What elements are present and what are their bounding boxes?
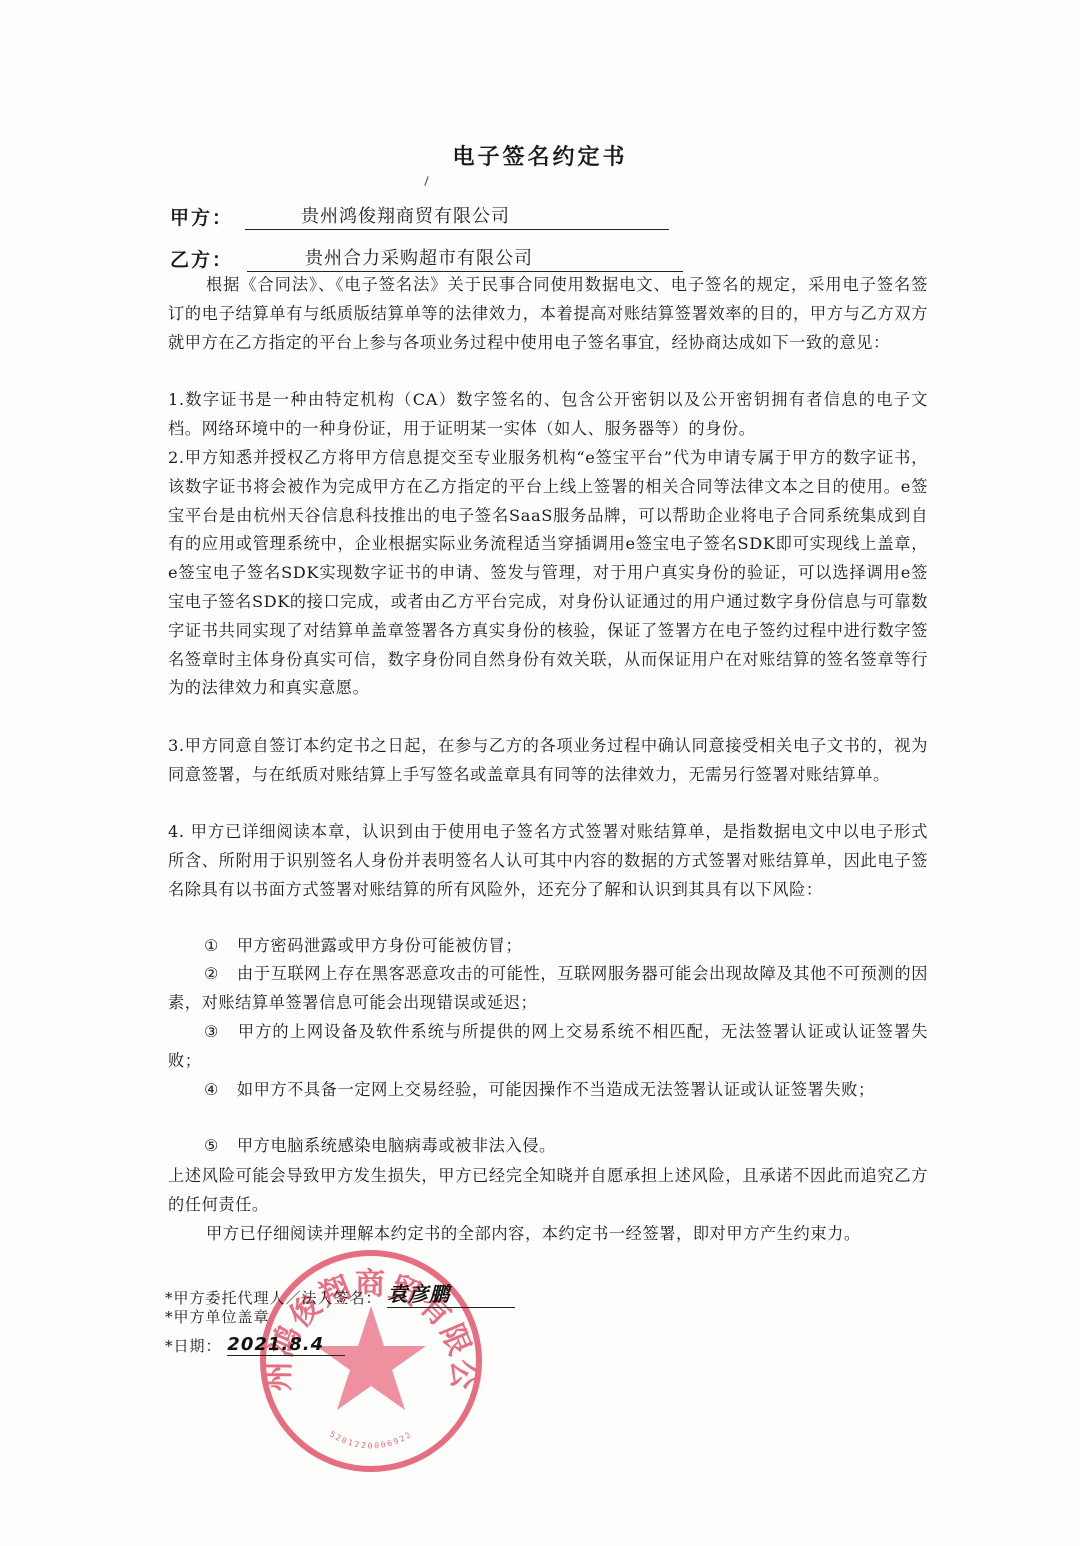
risk-text: 甲方密码泄露或甲方身份可能被仿冒；	[237, 936, 522, 955]
risk-item-3: ③ 甲方的上网设备及软件系统与所提供的网上交易系统不相匹配，无法签署认证或认证签…	[168, 1018, 928, 1076]
preamble-paragraph: 根据《合同法》、《电子签名法》关于民事合同使用数据电文、电子签名的规定，采用电子…	[168, 271, 928, 357]
seal-label: *甲方单位盖章	[165, 1308, 270, 1326]
document-title: 电子签名约定书	[0, 140, 1080, 171]
seal-row: *甲方单位盖章	[165, 1306, 270, 1327]
handwritten-date: 2021.8.4	[227, 1334, 324, 1355]
risk-conclusion: 上述风险可能会导致甲方发生损失，甲方已经完全知晓并自愿承担上述风险，且承诺不因此…	[168, 1162, 928, 1220]
signer-label: *甲方委托代理人／法人签名：	[165, 1289, 382, 1307]
party-b-row: 乙方： 贵州合力采购超市有限公司	[170, 245, 683, 272]
party-a-row: 甲方： 贵州鸿俊翔商贸有限公司	[170, 203, 669, 230]
risk-text: 甲方的上网设备及软件系统与所提供的网上交易系统不相匹配，无法签署认证或认证签署失…	[168, 1022, 928, 1070]
closing-statement: 甲方已仔细阅读并理解本约定书的全部内容，本约定书一经签署，即对甲方产生约束力。	[168, 1220, 928, 1249]
contract-page: 电子签名约定书 甲方： 贵州鸿俊翔商贸有限公司 乙方： 贵州合力采购超市有限公司…	[0, 0, 1080, 1546]
clause-2: 2.甲方知悉并授权乙方将甲方信息提交至专业服务机构“e签宝平台”代为申请专属于甲…	[168, 444, 928, 703]
date-label: *日期：	[165, 1337, 222, 1355]
risk-marker: ②	[204, 964, 219, 983]
risk-text: 如甲方不具备一定网上交易经验，可能因操作不当造成无法签署认证或认证签署失败；	[237, 1080, 875, 1099]
party-b-name: 贵州合力采购超市有限公司	[247, 247, 683, 272]
risk-item-4: ④ 如甲方不具备一定网上交易经验，可能因操作不当造成无法签署认证或认证签署失败；	[168, 1076, 928, 1105]
risk-marker: ①	[204, 936, 219, 955]
party-a-name: 贵州鸿俊翔商贸有限公司	[245, 205, 669, 230]
signer-row: *甲方委托代理人／法人签名： 袁彦鹏	[165, 1278, 515, 1308]
pen-mark	[424, 176, 428, 186]
risk-text: 由于互联网上存在黑客恶意攻击的可能性，互联网服务器可能会出现故障及其他不可预测的…	[168, 964, 928, 1012]
clause-3: 3.甲方同意自签订本约定书之日起，在参与乙方的各项业务过程中确认同意接受相关电子…	[168, 732, 928, 790]
risk-marker: ⑤	[204, 1136, 219, 1155]
svg-text:5201220006922: 5201220006922	[328, 1429, 414, 1450]
handwritten-signature: 袁彦鹏	[387, 1282, 450, 1306]
party-a-label: 甲方：	[170, 203, 233, 230]
date-row: *日期： 2021.8.4	[165, 1334, 345, 1356]
party-b-label: 乙方：	[170, 245, 233, 272]
risk-marker: ④	[204, 1080, 219, 1099]
risk-text: 甲方电脑系统感染电脑病毒或被非法入侵。	[237, 1136, 556, 1155]
risk-marker: ③	[204, 1022, 220, 1041]
risk-item-5: ⑤ 甲方电脑系统感染电脑病毒或被非法入侵。	[168, 1132, 964, 1161]
seal-code: 5201220006922	[328, 1429, 414, 1450]
clause-1: 1.数字证书是一种由特定机构（CA）数字签名的、包含公开密钥以及公开密钥拥有者信…	[168, 386, 928, 444]
risk-item-1: ① 甲方密码泄露或甲方身份可能被仿冒；	[168, 932, 964, 961]
clause-4: 4. 甲方已详细阅读本章，认识到由于使用电子签名方式签署对账结算单，是指数据电文…	[168, 818, 928, 904]
date-line: 2021.8.4	[227, 1334, 345, 1356]
signer-line: 袁彦鹏	[387, 1278, 515, 1308]
risk-item-2: ② 由于互联网上存在黑客恶意攻击的可能性，互联网服务器可能会出现故障及其他不可预…	[168, 960, 928, 1018]
